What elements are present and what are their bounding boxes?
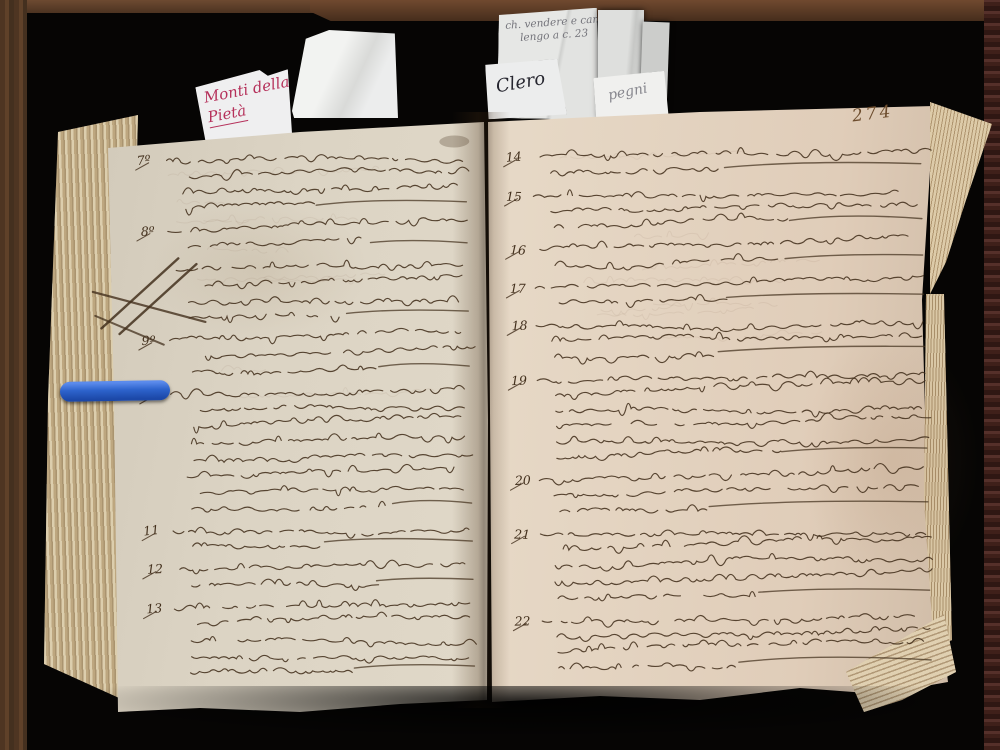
- handwriting-line: [540, 525, 925, 546]
- bleedthrough-ghost-line: [239, 386, 434, 399]
- handwriting-line: [188, 294, 458, 310]
- paragraph-end-flourish: [724, 161, 920, 168]
- paragraph-number: 11: [142, 522, 159, 539]
- paragraph-number: 12: [147, 561, 164, 577]
- handwriting-line: [197, 611, 474, 626]
- cancellation-stroke: [100, 258, 179, 328]
- handwriting-line: [536, 314, 923, 336]
- monti-tab-label: Monti della Pietà: [202, 72, 292, 128]
- paragraph-end-flourish: [347, 309, 469, 313]
- handwriting-line: [170, 327, 461, 345]
- book-bottom-shadow: [80, 686, 960, 738]
- handwriting-line: [542, 610, 923, 630]
- handwriting-line: [551, 167, 719, 177]
- paragraph-end-flourish: [739, 655, 931, 664]
- handwriting-line: [187, 464, 462, 480]
- handwriting-line: [205, 345, 475, 360]
- handwriting-line: [551, 200, 917, 215]
- handwriting-line: [168, 217, 468, 233]
- handwriting-line: [188, 237, 369, 248]
- bleedthrough-ghost-line: [584, 273, 791, 288]
- handwriting-line: [180, 559, 465, 574]
- photo-of-open-manuscript: Monti della Pietà ch. vendere e camar le…: [0, 0, 1000, 750]
- handwriting-line: [556, 429, 928, 452]
- table-edge-top-left: [0, 0, 318, 13]
- handwriting-line: [533, 183, 912, 205]
- right-page-handwriting: 141516171819202122: [492, 123, 954, 707]
- handwriting-line: [557, 445, 781, 461]
- handwriting-line: [193, 541, 320, 551]
- handwriting-line: [189, 312, 339, 325]
- paragraph-number: 18: [511, 318, 528, 334]
- bleedthrough-ghost-line: [597, 307, 753, 321]
- paragraph-number: 19: [511, 373, 527, 388]
- monti-label-line1: Monti della: [202, 72, 288, 108]
- paragraph-end-flourish: [790, 215, 922, 222]
- table-edge-right: [984, 0, 1000, 750]
- handwriting-line: [191, 632, 476, 650]
- paragraph-end-flourish: [718, 345, 924, 352]
- paragraph-end-flourish: [316, 199, 466, 205]
- paragraph-end-flourish: [324, 537, 472, 543]
- paragraph-number: 13: [146, 600, 163, 616]
- table-edge-left: [0, 0, 27, 750]
- handwriting-line: [200, 402, 473, 415]
- paragraph-number: 20: [514, 472, 532, 488]
- handwriting-line: [191, 432, 464, 448]
- handwriting-line: [558, 636, 924, 654]
- paragraph-end-flourish: [709, 499, 928, 506]
- handwriting-line: [552, 328, 922, 347]
- blank-paper-wedge: [292, 30, 398, 118]
- handwriting-line: [555, 351, 714, 365]
- paragraph-number: 21: [513, 526, 530, 542]
- book-gutter-shadow: [452, 112, 510, 708]
- handwriting-line: [205, 274, 462, 289]
- paragraph-number: 8º: [140, 223, 155, 239]
- handwriting-line: [555, 568, 933, 587]
- cancellation-stroke: [93, 290, 206, 324]
- handwriting-line: [176, 258, 463, 274]
- bleedthrough-ghost-line: [634, 230, 708, 241]
- paragraph-number: 17: [510, 281, 526, 296]
- handwriting-line: [183, 183, 458, 196]
- handwriting-line: [539, 463, 923, 486]
- cancellation-stroke: [118, 264, 197, 334]
- handwriting-line: [194, 413, 461, 433]
- bookmark-tab-pegni: pegni: [593, 71, 669, 122]
- handwriting-line: [167, 151, 463, 168]
- handwriting-line: [554, 212, 788, 229]
- handwriting-line: [540, 234, 917, 251]
- handwriting-line: [557, 625, 930, 643]
- handwriting-line: [558, 591, 755, 602]
- handwriting-line: [174, 597, 479, 611]
- handwriting-line: [555, 550, 932, 572]
- handwriting-line: [192, 365, 376, 377]
- handwriting-line: [556, 411, 930, 433]
- paragraph-number: 9º: [141, 333, 155, 348]
- paragraph-end-flourish: [759, 587, 930, 594]
- handwriting-line: [560, 504, 707, 514]
- paragraph-end-flourish: [726, 292, 923, 299]
- bleedthrough-ghost-line: [207, 245, 288, 254]
- handwriting-line: [554, 483, 918, 499]
- bookmark-tab-clero: Clero: [485, 59, 567, 120]
- bleedthrough-ghost-line: [264, 273, 385, 283]
- table-edge-top-right: [310, 0, 1000, 21]
- handwriting-line: [555, 376, 925, 400]
- handwriting-line: [194, 451, 473, 464]
- pegni-tab-label: pegni: [607, 80, 649, 103]
- handwriting-line: [190, 667, 352, 676]
- handwriting-line: [559, 294, 727, 309]
- bleedthrough-ghost-line: [653, 297, 777, 311]
- handwriting-line: [563, 532, 932, 555]
- handwriting-line: [537, 369, 925, 387]
- left-page-handwriting: 7º8º9º10111213: [82, 121, 502, 718]
- paragraph-end-flourish: [782, 446, 927, 451]
- handwriting-line: [171, 384, 465, 399]
- handwriting-line: [192, 501, 386, 512]
- handwriting-line: [192, 577, 379, 593]
- handwriting-line: [200, 483, 463, 499]
- handwriting-line: [559, 660, 736, 674]
- paragraph-end-flourish: [785, 253, 923, 258]
- blue-marker: [60, 380, 170, 402]
- clero-tab-label: Clero: [494, 68, 547, 97]
